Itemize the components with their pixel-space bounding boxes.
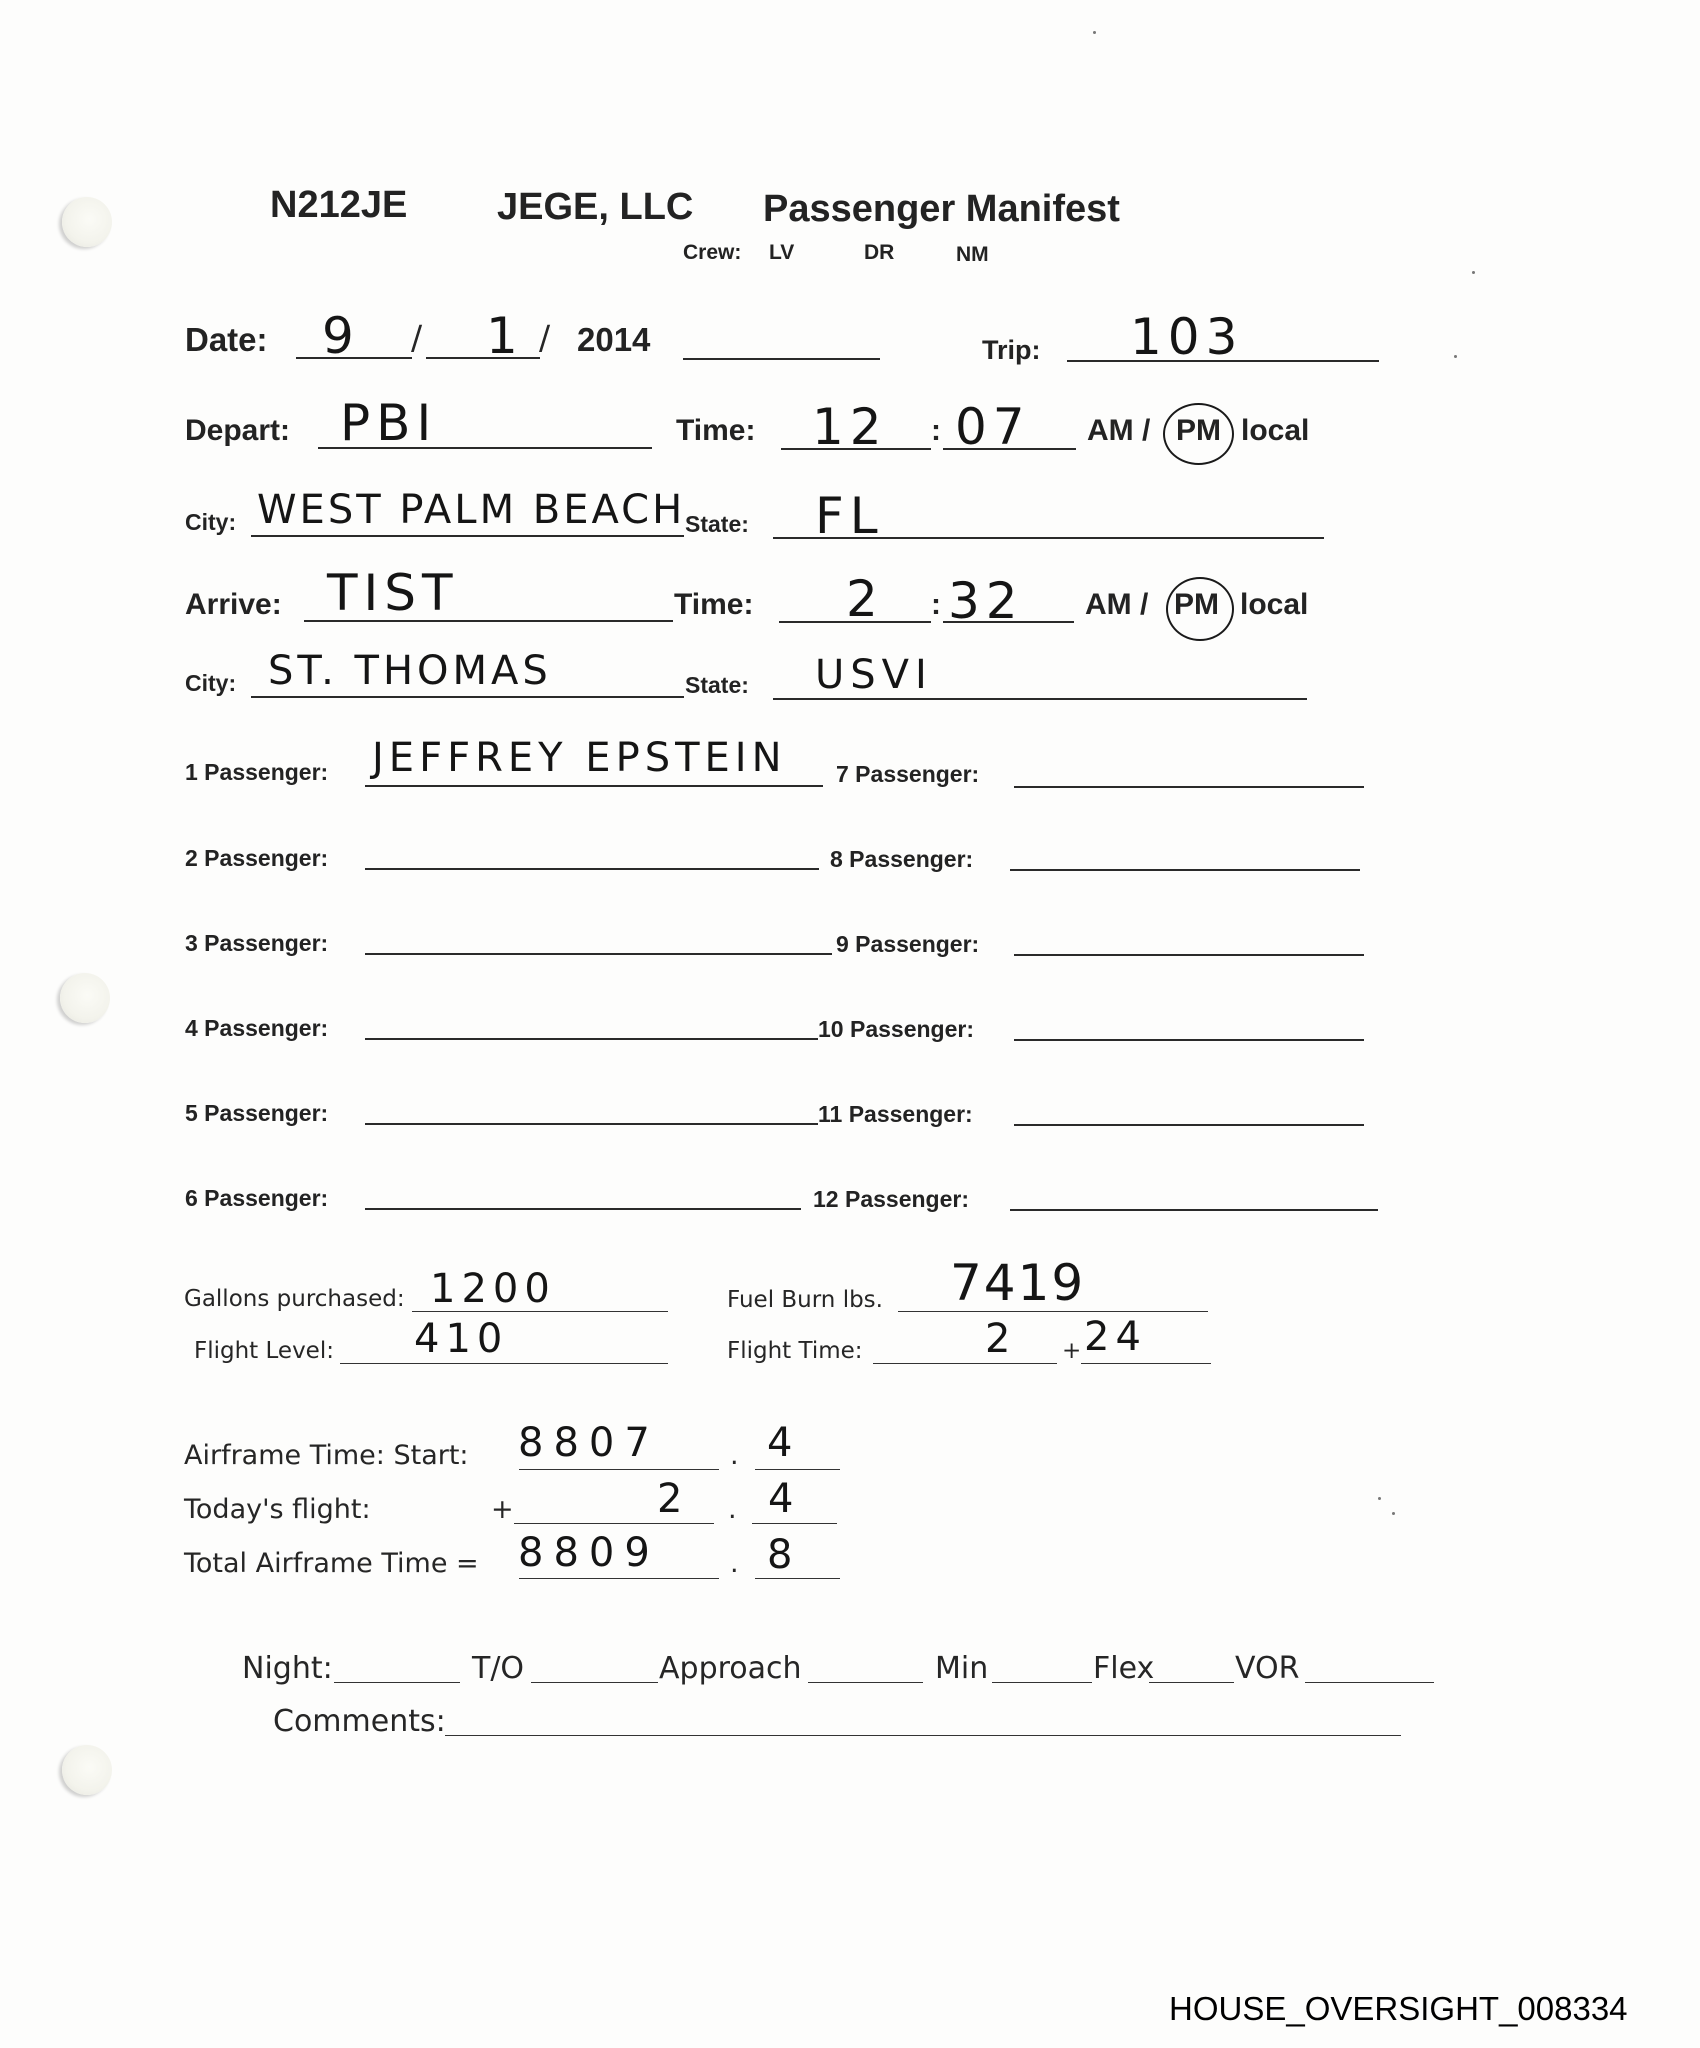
total-airframe-whole-field[interactable] bbox=[519, 1578, 719, 1579]
date-month-value: 9 bbox=[322, 307, 360, 365]
flex-field[interactable] bbox=[1149, 1682, 1234, 1683]
passenger-1-value: JEFFREY EPSTEIN bbox=[372, 735, 787, 781]
depart-hour-value: 12 bbox=[812, 398, 888, 456]
total-airframe-label: Total Airframe Time = bbox=[184, 1548, 479, 1579]
depart-city-value: WEST PALM BEACH bbox=[257, 487, 685, 533]
date-separator-2: / bbox=[539, 318, 550, 357]
hole-punch-top bbox=[62, 197, 112, 247]
crew-member-1: LV bbox=[769, 241, 794, 265]
hole-punch-middle bbox=[60, 973, 110, 1023]
arrive-time-label: Time: bbox=[674, 588, 753, 622]
form-title: Passenger Manifest bbox=[763, 188, 1120, 231]
depart-city-field[interactable] bbox=[251, 535, 684, 537]
passenger-11-label: 11 Passenger: bbox=[818, 1101, 973, 1128]
passenger-4-field[interactable] bbox=[365, 1038, 818, 1040]
min-label: Min bbox=[935, 1651, 988, 1686]
depart-label: Depart: bbox=[185, 414, 290, 448]
bates-number: HOUSE_OVERSIGHT_008334 bbox=[1169, 1990, 1628, 2028]
passenger-6-field[interactable] bbox=[365, 1208, 801, 1210]
total-airframe-whole-value: 8809 bbox=[518, 1530, 660, 1576]
depart-state-label: State: bbox=[685, 511, 749, 538]
date-extra-field[interactable] bbox=[683, 358, 880, 360]
flight-time-hours-value: 2 bbox=[985, 1316, 1016, 1362]
arrive-local-label: local bbox=[1240, 588, 1308, 622]
arrive-time-colon: : bbox=[931, 588, 941, 622]
depart-time-label: Time: bbox=[676, 414, 755, 448]
todays-flight-label: Today's flight: bbox=[184, 1494, 371, 1525]
arrive-label: Arrive: bbox=[185, 588, 282, 622]
todays-flight-plus: + bbox=[491, 1494, 514, 1525]
scan-speck bbox=[1378, 1497, 1381, 1500]
depart-time-colon: : bbox=[931, 414, 941, 448]
takeoff-field[interactable] bbox=[531, 1682, 658, 1683]
crew-member-3: NM bbox=[956, 243, 989, 267]
passenger-4-label: 4 Passenger: bbox=[185, 1015, 328, 1042]
gallons-purchased-value: 1200 bbox=[430, 1266, 556, 1312]
todays-flight-decimal: . bbox=[728, 1494, 737, 1525]
company-name: JEGE, LLC bbox=[497, 186, 693, 229]
flight-time-plus: + bbox=[1062, 1338, 1081, 1364]
min-field[interactable] bbox=[992, 1682, 1092, 1683]
depart-am-option[interactable]: AM / bbox=[1087, 414, 1150, 448]
crew-member-2: DR bbox=[864, 241, 894, 265]
date-year: 2014 bbox=[577, 321, 650, 359]
date-day-value: 1 bbox=[486, 307, 524, 365]
depart-state-value: FL bbox=[815, 487, 884, 545]
flight-level-value: 410 bbox=[414, 1316, 508, 1362]
passenger-7-field[interactable] bbox=[1014, 786, 1364, 788]
arrive-airport-value: TIST bbox=[327, 564, 459, 622]
scan-speck bbox=[1392, 1512, 1395, 1515]
depart-local-label: local bbox=[1241, 414, 1309, 448]
trip-label: Trip: bbox=[982, 335, 1041, 366]
fuel-burn-label: Fuel Burn lbs. bbox=[727, 1287, 883, 1313]
passenger-1-field[interactable] bbox=[365, 785, 823, 787]
depart-city-label: City: bbox=[185, 509, 236, 536]
depart-airport-value: PBI bbox=[340, 394, 437, 452]
airframe-start-decimal: . bbox=[730, 1440, 739, 1471]
arrive-state-field[interactable] bbox=[773, 698, 1307, 700]
passenger-9-field[interactable] bbox=[1014, 954, 1364, 956]
total-airframe-tenths-value: 8 bbox=[767, 1532, 798, 1578]
airframe-start-whole-field[interactable] bbox=[519, 1469, 719, 1470]
total-airframe-tenths-field[interactable] bbox=[755, 1578, 840, 1579]
airframe-start-tenths-value: 4 bbox=[767, 1420, 798, 1466]
hole-punch-bottom bbox=[62, 1745, 112, 1795]
night-label: Night: bbox=[242, 1651, 333, 1686]
arrive-city-label: City: bbox=[185, 670, 236, 697]
passenger-1-label: 1 Passenger: bbox=[185, 759, 328, 786]
flight-level-label: Flight Level: bbox=[194, 1338, 334, 1364]
passenger-3-label: 3 Passenger: bbox=[185, 930, 328, 957]
passenger-2-field[interactable] bbox=[365, 868, 819, 870]
flight-level-field[interactable] bbox=[340, 1363, 668, 1364]
passenger-12-label: 12 Passenger: bbox=[813, 1186, 969, 1213]
arrive-hour-value: 2 bbox=[846, 570, 884, 628]
passenger-9-label: 9 Passenger: bbox=[836, 931, 979, 958]
passenger-12-field[interactable] bbox=[1010, 1209, 1378, 1211]
scan-speck bbox=[1454, 355, 1457, 358]
crew-label: Crew: bbox=[683, 241, 741, 265]
gallons-purchased-label: Gallons purchased: bbox=[184, 1286, 405, 1312]
flex-label: Flex bbox=[1093, 1651, 1154, 1686]
passenger-5-field[interactable] bbox=[365, 1123, 818, 1125]
date-separator-1: / bbox=[411, 318, 422, 357]
todays-flight-tenths-value: 4 bbox=[768, 1476, 799, 1522]
approach-label: Approach bbox=[659, 1651, 802, 1686]
passenger-8-label: 8 Passenger: bbox=[830, 846, 973, 873]
approach-field[interactable] bbox=[808, 1682, 923, 1683]
airframe-start-whole-value: 8807 bbox=[518, 1420, 660, 1466]
vor-label: VOR bbox=[1235, 1651, 1299, 1686]
date-label: Date: bbox=[185, 321, 268, 359]
depart-minute-value: 07 bbox=[955, 398, 1031, 456]
scan-speck bbox=[1472, 271, 1475, 274]
tail-number: N212JE bbox=[270, 184, 407, 227]
arrive-city-field[interactable] bbox=[251, 696, 684, 698]
comments-label: Comments: bbox=[273, 1704, 446, 1739]
passenger-6-label: 6 Passenger: bbox=[185, 1185, 328, 1212]
passenger-7-label: 7 Passenger: bbox=[836, 761, 979, 788]
trip-value: 103 bbox=[1130, 308, 1243, 366]
airframe-start-tenths-field[interactable] bbox=[755, 1469, 840, 1470]
todays-flight-tenths-field[interactable] bbox=[752, 1523, 837, 1524]
arrive-minute-value: 32 bbox=[948, 572, 1024, 630]
flight-time-label: Flight Time: bbox=[727, 1338, 863, 1364]
flight-time-minutes-field[interactable] bbox=[1081, 1363, 1211, 1364]
todays-flight-whole-field[interactable] bbox=[514, 1523, 714, 1524]
arrive-state-label: State: bbox=[685, 672, 749, 699]
fuel-burn-value: 7419 bbox=[950, 1254, 1085, 1312]
takeoff-label: T/O bbox=[472, 1651, 524, 1686]
passenger-5-label: 5 Passenger: bbox=[185, 1100, 328, 1127]
night-field[interactable] bbox=[334, 1682, 460, 1683]
passenger-10-label: 10 Passenger: bbox=[818, 1016, 974, 1043]
passenger-11-field[interactable] bbox=[1014, 1124, 1364, 1126]
vor-field[interactable] bbox=[1305, 1682, 1434, 1683]
scan-speck bbox=[1093, 31, 1096, 34]
passenger-2-label: 2 Passenger: bbox=[185, 845, 328, 872]
flight-time-minutes-value: 24 bbox=[1084, 1314, 1147, 1360]
manifest-page: N212JE JEGE, LLC Passenger Manifest Crew… bbox=[0, 0, 1700, 2048]
total-airframe-decimal: . bbox=[730, 1548, 739, 1579]
flight-time-hours-field[interactable] bbox=[873, 1363, 1057, 1364]
arrive-am-option[interactable]: AM / bbox=[1085, 588, 1148, 622]
passenger-3-field[interactable] bbox=[365, 953, 832, 955]
passenger-8-field[interactable] bbox=[1010, 869, 1360, 871]
comments-field[interactable] bbox=[445, 1735, 1401, 1736]
airframe-start-label: Airframe Time: Start: bbox=[184, 1440, 469, 1471]
arrive-city-value: ST. THOMAS bbox=[268, 648, 552, 694]
passenger-10-field[interactable] bbox=[1014, 1039, 1364, 1041]
arrive-state-value: USVI bbox=[815, 652, 933, 698]
arrive-pm-selected-circle bbox=[1166, 577, 1234, 641]
todays-flight-whole-value: 2 bbox=[657, 1476, 688, 1522]
depart-pm-selected-circle bbox=[1163, 403, 1234, 465]
